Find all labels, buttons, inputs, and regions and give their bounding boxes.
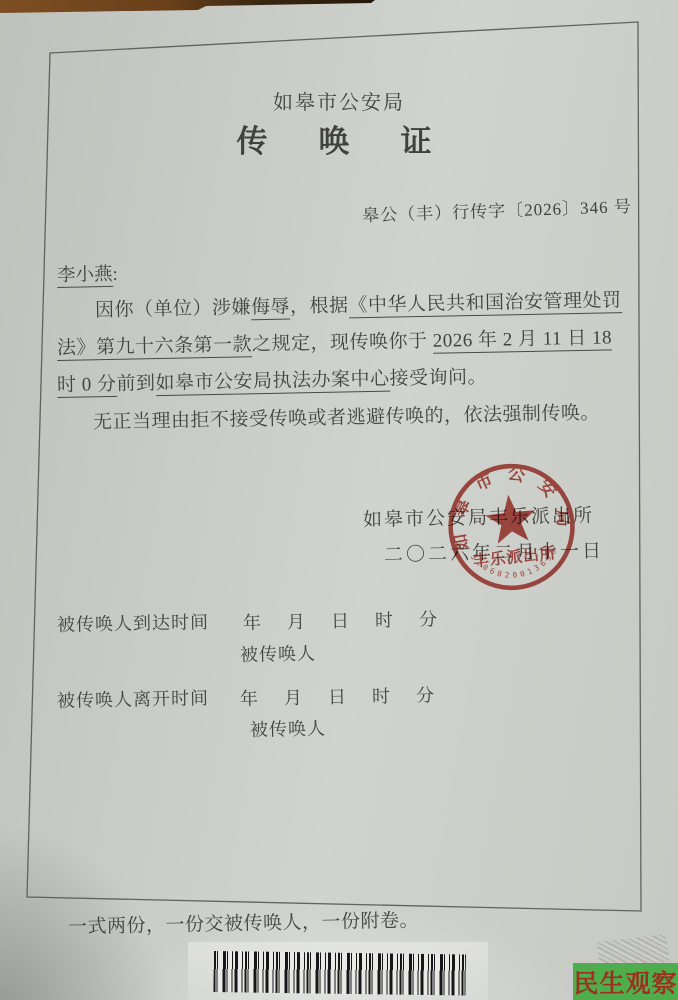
official-seal: 如皋市公安局 丰乐派出所 3206820013690 xyxy=(434,453,590,609)
summons-location: 如皋市公安局执法办案中心 xyxy=(155,369,389,396)
seal-star-icon xyxy=(483,492,538,545)
addressee-colon: : xyxy=(112,265,118,285)
arrival-signer-label: 被传唤人 xyxy=(240,640,316,667)
barcode-icon xyxy=(213,951,466,996)
body-text: 接受询问。 xyxy=(389,367,487,390)
body-text: 因你（单位）涉嫌 xyxy=(95,297,251,321)
departure-time-label: 被传唤人离开时间 xyxy=(57,684,209,713)
body-text: 前到 xyxy=(116,373,155,395)
summons-document-photo: 如皋市公安局 传 唤 证 皋公（丰）行传字〔2026〕346 号 李小燕: 因你… xyxy=(0,0,678,1000)
body-text: 之规定，现传唤你于 xyxy=(252,331,433,355)
issuing-agency: 如皋市公安局 xyxy=(0,86,678,115)
channel-watermark: 民生观察 xyxy=(573,963,678,1000)
addressee-name: 李小燕 xyxy=(57,265,113,288)
body-text: ，根据 xyxy=(290,295,349,317)
law-article: 法》第九十六条第一款 xyxy=(57,334,252,361)
alleged-offense: 侮辱 xyxy=(251,297,290,321)
summons-datetime: 2026 年 2 月 11 日 18 xyxy=(433,327,613,353)
departure-signer-label: 被传唤人 xyxy=(250,715,326,742)
arrival-time-label: 被传唤人到达时间 xyxy=(57,608,209,637)
arrival-time-fields: 年 月 日 时 分 xyxy=(243,605,441,635)
summons-time: 时 0 分 xyxy=(57,374,117,398)
departure-time-fields: 年 月 日 时 分 xyxy=(240,681,438,711)
addressee-line: 李小燕: xyxy=(57,260,118,287)
document-title: 传 唤 证 xyxy=(0,116,678,161)
